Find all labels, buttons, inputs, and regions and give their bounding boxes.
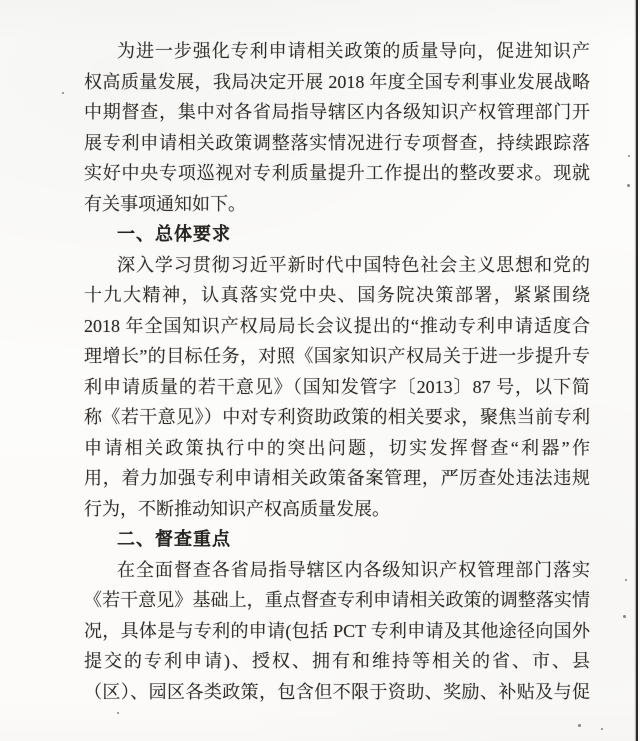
document-text: 为进一步强化专利申请相关政策的质量导向，促进知识产权高质量发展，我局决定开展 2… [84,36,590,707]
text-line: 提交的专利申请)、授权、拥有和维持等相关的省、市、县 [84,646,590,677]
scan-speck [628,155,630,157]
text-line: 展专利申请相关政策调整落实情况进行专项督查，持续跟踪落 [84,128,590,159]
text-line: 用，着力加强专利申请相关政策备案管理，严厉查处违法违规 [84,463,590,494]
text-line: 理增长”的目标任务，对照《国家知识产权局关于进一步提升专 [84,341,590,372]
scan-speck [117,712,119,714]
text-line: 有关事项通知如下。 [84,189,590,220]
text-line: 十九大精神，认真落实党中央、国务院决策部署，紧紧围绕 [84,280,590,311]
scan-speck [625,579,627,581]
section-heading: 一、总体要求 [84,219,590,250]
text-line: 2018 年全国知识产权局局长会议提出的“推动专利申请适度合 [84,311,590,342]
text-line: 《若干意见》基础上，重点督查专利申请相关政策的调整落实情 [84,585,590,616]
text-line: 申请相关政策执行中的突出问题，切实发挥督查“利器”作 [84,433,590,464]
scan-speck [578,724,581,727]
scan-edge-line [636,0,638,741]
scan-speck [62,92,64,94]
scanned-document-page: 为进一步强化专利申请相关政策的质量导向，促进知识产权高质量发展，我局决定开展 2… [0,0,640,741]
scan-speck [601,728,603,730]
text-line: 中期督查，集中对各省局指导辖区内各级知识产权管理部门开 [84,97,590,128]
text-line: 权高质量发展，我局决定开展 2018 年度全国专利事业发展战略 [84,67,590,98]
text-line: 实好中央专项巡视对专利质量提升工作提出的整改要求。现就 [84,158,590,189]
scan-speck [627,184,630,187]
text-line: 称《若干意见》）中对专利资助政策的相关要求，聚焦当前专利 [84,402,590,433]
text-line: 在全面督查各省局指导辖区内各级知识产权管理部门落实 [84,555,590,586]
text-line: （区）、园区各类政策，包含但不限于资助、奖励、补贴及与促 [84,677,590,708]
text-line: 况，具体是与专利的申请(包括 PCT 专利申请及其他途径向国外 [84,616,590,647]
text-line: 为进一步强化专利申请相关政策的质量导向，促进知识产 [84,36,590,67]
text-line: 深入学习贯彻习近平新时代中国特色社会主义思想和党的 [84,250,590,281]
text-line: 行为，不断推动知识产权高质量发展。 [84,494,590,525]
text-line: 利申请质量的若干意见》（国知发管字〔2013〕87 号，以下简 [84,372,590,403]
section-heading: 二、督查重点 [84,524,590,555]
scan-speck [623,615,626,618]
